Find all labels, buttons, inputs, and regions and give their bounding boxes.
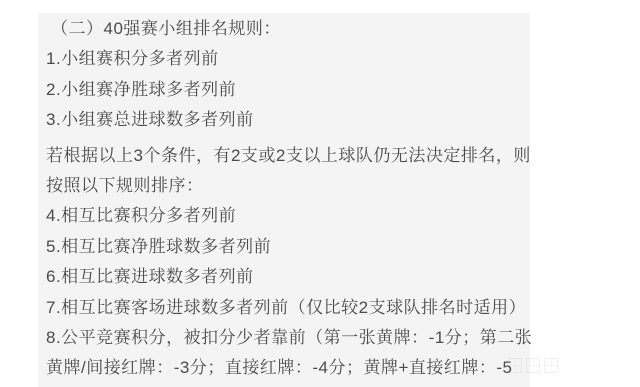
- rule-line-8: 8.公平竞赛积分，被扣分少者靠前（第一张黄牌：-1分；第二张: [46, 323, 526, 353]
- watermark: [508, 358, 558, 373]
- watermark-glyph: [508, 358, 522, 373]
- watermark-glyph: [526, 358, 540, 373]
- rule-line-1: 1.小组赛积分多者列前: [46, 44, 526, 74]
- watermark-glyph: [544, 358, 558, 373]
- rule-line-6: 6.相互比赛进球数多者列前: [46, 262, 526, 292]
- article-body: （二）40强赛小组排名规则： 1.小组赛积分多者列前 2.小组赛净胜球多者列前 …: [38, 13, 530, 384]
- rule-line-3: 3.小组赛总进球数多者列前: [46, 105, 526, 135]
- rule-line-8-continued: 黄牌/间接红牌：-3分；直接红牌：-4分；黄牌+直接红牌：-5: [46, 353, 526, 383]
- rule-line-5: 5.相互比赛净胜球数多者列前: [46, 232, 526, 262]
- section-heading: （二）40强赛小组排名规则：: [46, 14, 526, 44]
- tiebreak-note-line-2: 按照以下规则排序：: [46, 171, 526, 201]
- rule-line-2: 2.小组赛净胜球多者列前: [46, 75, 526, 105]
- article-card: （二）40强赛小组排名规则： 1.小组赛积分多者列前 2.小组赛净胜球多者列前 …: [38, 13, 530, 387]
- rule-line-7: 7.相互比赛客场进球数多者列前（仅比较2支球队排名时适用）: [46, 293, 526, 323]
- rule-line-4: 4.相互比赛积分多者列前: [46, 201, 526, 231]
- tiebreak-note-line-1: 若根据以上3个条件，有2支或2支以上球队仍无法决定排名，则: [46, 141, 526, 171]
